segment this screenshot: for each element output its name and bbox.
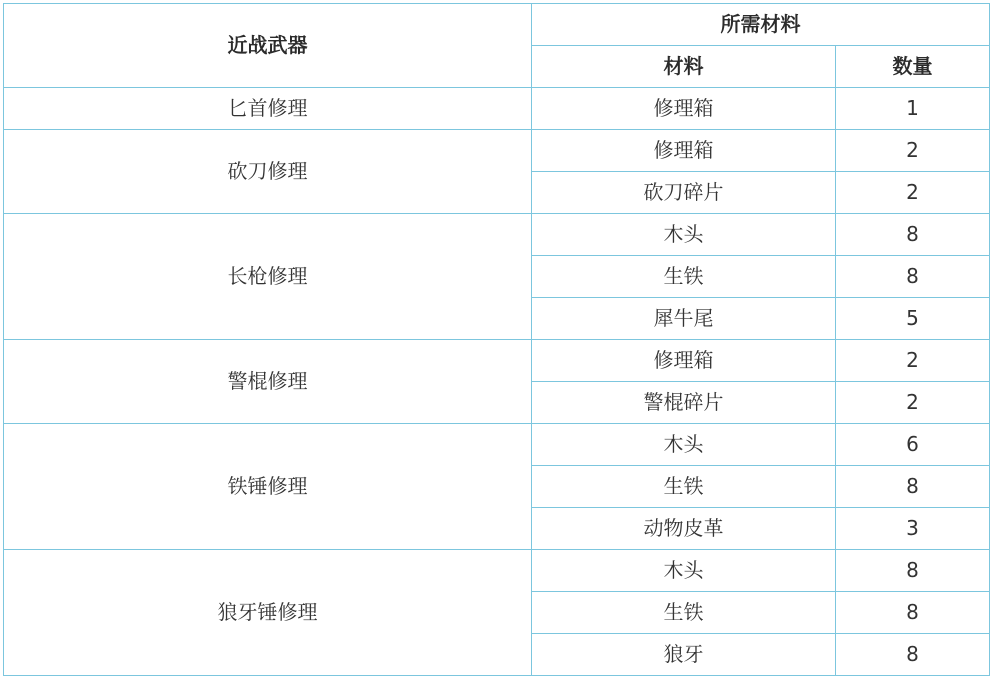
weapon-cell: 铁锤修理 [4,424,532,550]
table-row: 砍刀修理 修理箱 2 [4,130,990,172]
quantity-cell: 2 [836,382,990,424]
header-quantity: 数量 [836,46,990,88]
material-cell: 木头 [532,424,836,466]
repair-materials-table: 近战武器 所需材料 材料 数量 匕首修理 修理箱 1 砍刀修理 修理箱 2 砍刀… [3,3,990,676]
quantity-cell: 8 [836,256,990,298]
quantity-cell: 2 [836,130,990,172]
header-materials-group: 所需材料 [532,4,990,46]
material-cell: 修理箱 [532,88,836,130]
material-cell: 生铁 [532,592,836,634]
weapon-cell: 狼牙锤修理 [4,550,532,676]
quantity-cell: 8 [836,466,990,508]
table-row: 狼牙锤修理 木头 8 [4,550,990,592]
quantity-cell: 3 [836,508,990,550]
material-cell: 木头 [532,550,836,592]
material-cell: 警棍碎片 [532,382,836,424]
quantity-cell: 2 [836,172,990,214]
material-cell: 动物皮革 [532,508,836,550]
table-row: 铁锤修理 木头 6 [4,424,990,466]
material-cell: 砍刀碎片 [532,172,836,214]
material-cell: 修理箱 [532,340,836,382]
quantity-cell: 8 [836,214,990,256]
material-cell: 木头 [532,214,836,256]
table-row: 警棍修理 修理箱 2 [4,340,990,382]
quantity-cell: 8 [836,634,990,676]
quantity-cell: 5 [836,298,990,340]
quantity-cell: 6 [836,424,990,466]
material-cell: 狼牙 [532,634,836,676]
material-cell: 犀牛尾 [532,298,836,340]
quantity-cell: 8 [836,550,990,592]
table-row: 长枪修理 木头 8 [4,214,990,256]
quantity-cell: 2 [836,340,990,382]
header-weapon: 近战武器 [4,4,532,88]
quantity-cell: 8 [836,592,990,634]
weapon-cell: 警棍修理 [4,340,532,424]
weapon-cell: 砍刀修理 [4,130,532,214]
header-row-1: 近战武器 所需材料 [4,4,990,46]
table-row: 匕首修理 修理箱 1 [4,88,990,130]
header-material: 材料 [532,46,836,88]
material-cell: 生铁 [532,256,836,298]
weapon-cell: 匕首修理 [4,88,532,130]
weapon-cell: 长枪修理 [4,214,532,340]
material-cell: 生铁 [532,466,836,508]
material-cell: 修理箱 [532,130,836,172]
quantity-cell: 1 [836,88,990,130]
